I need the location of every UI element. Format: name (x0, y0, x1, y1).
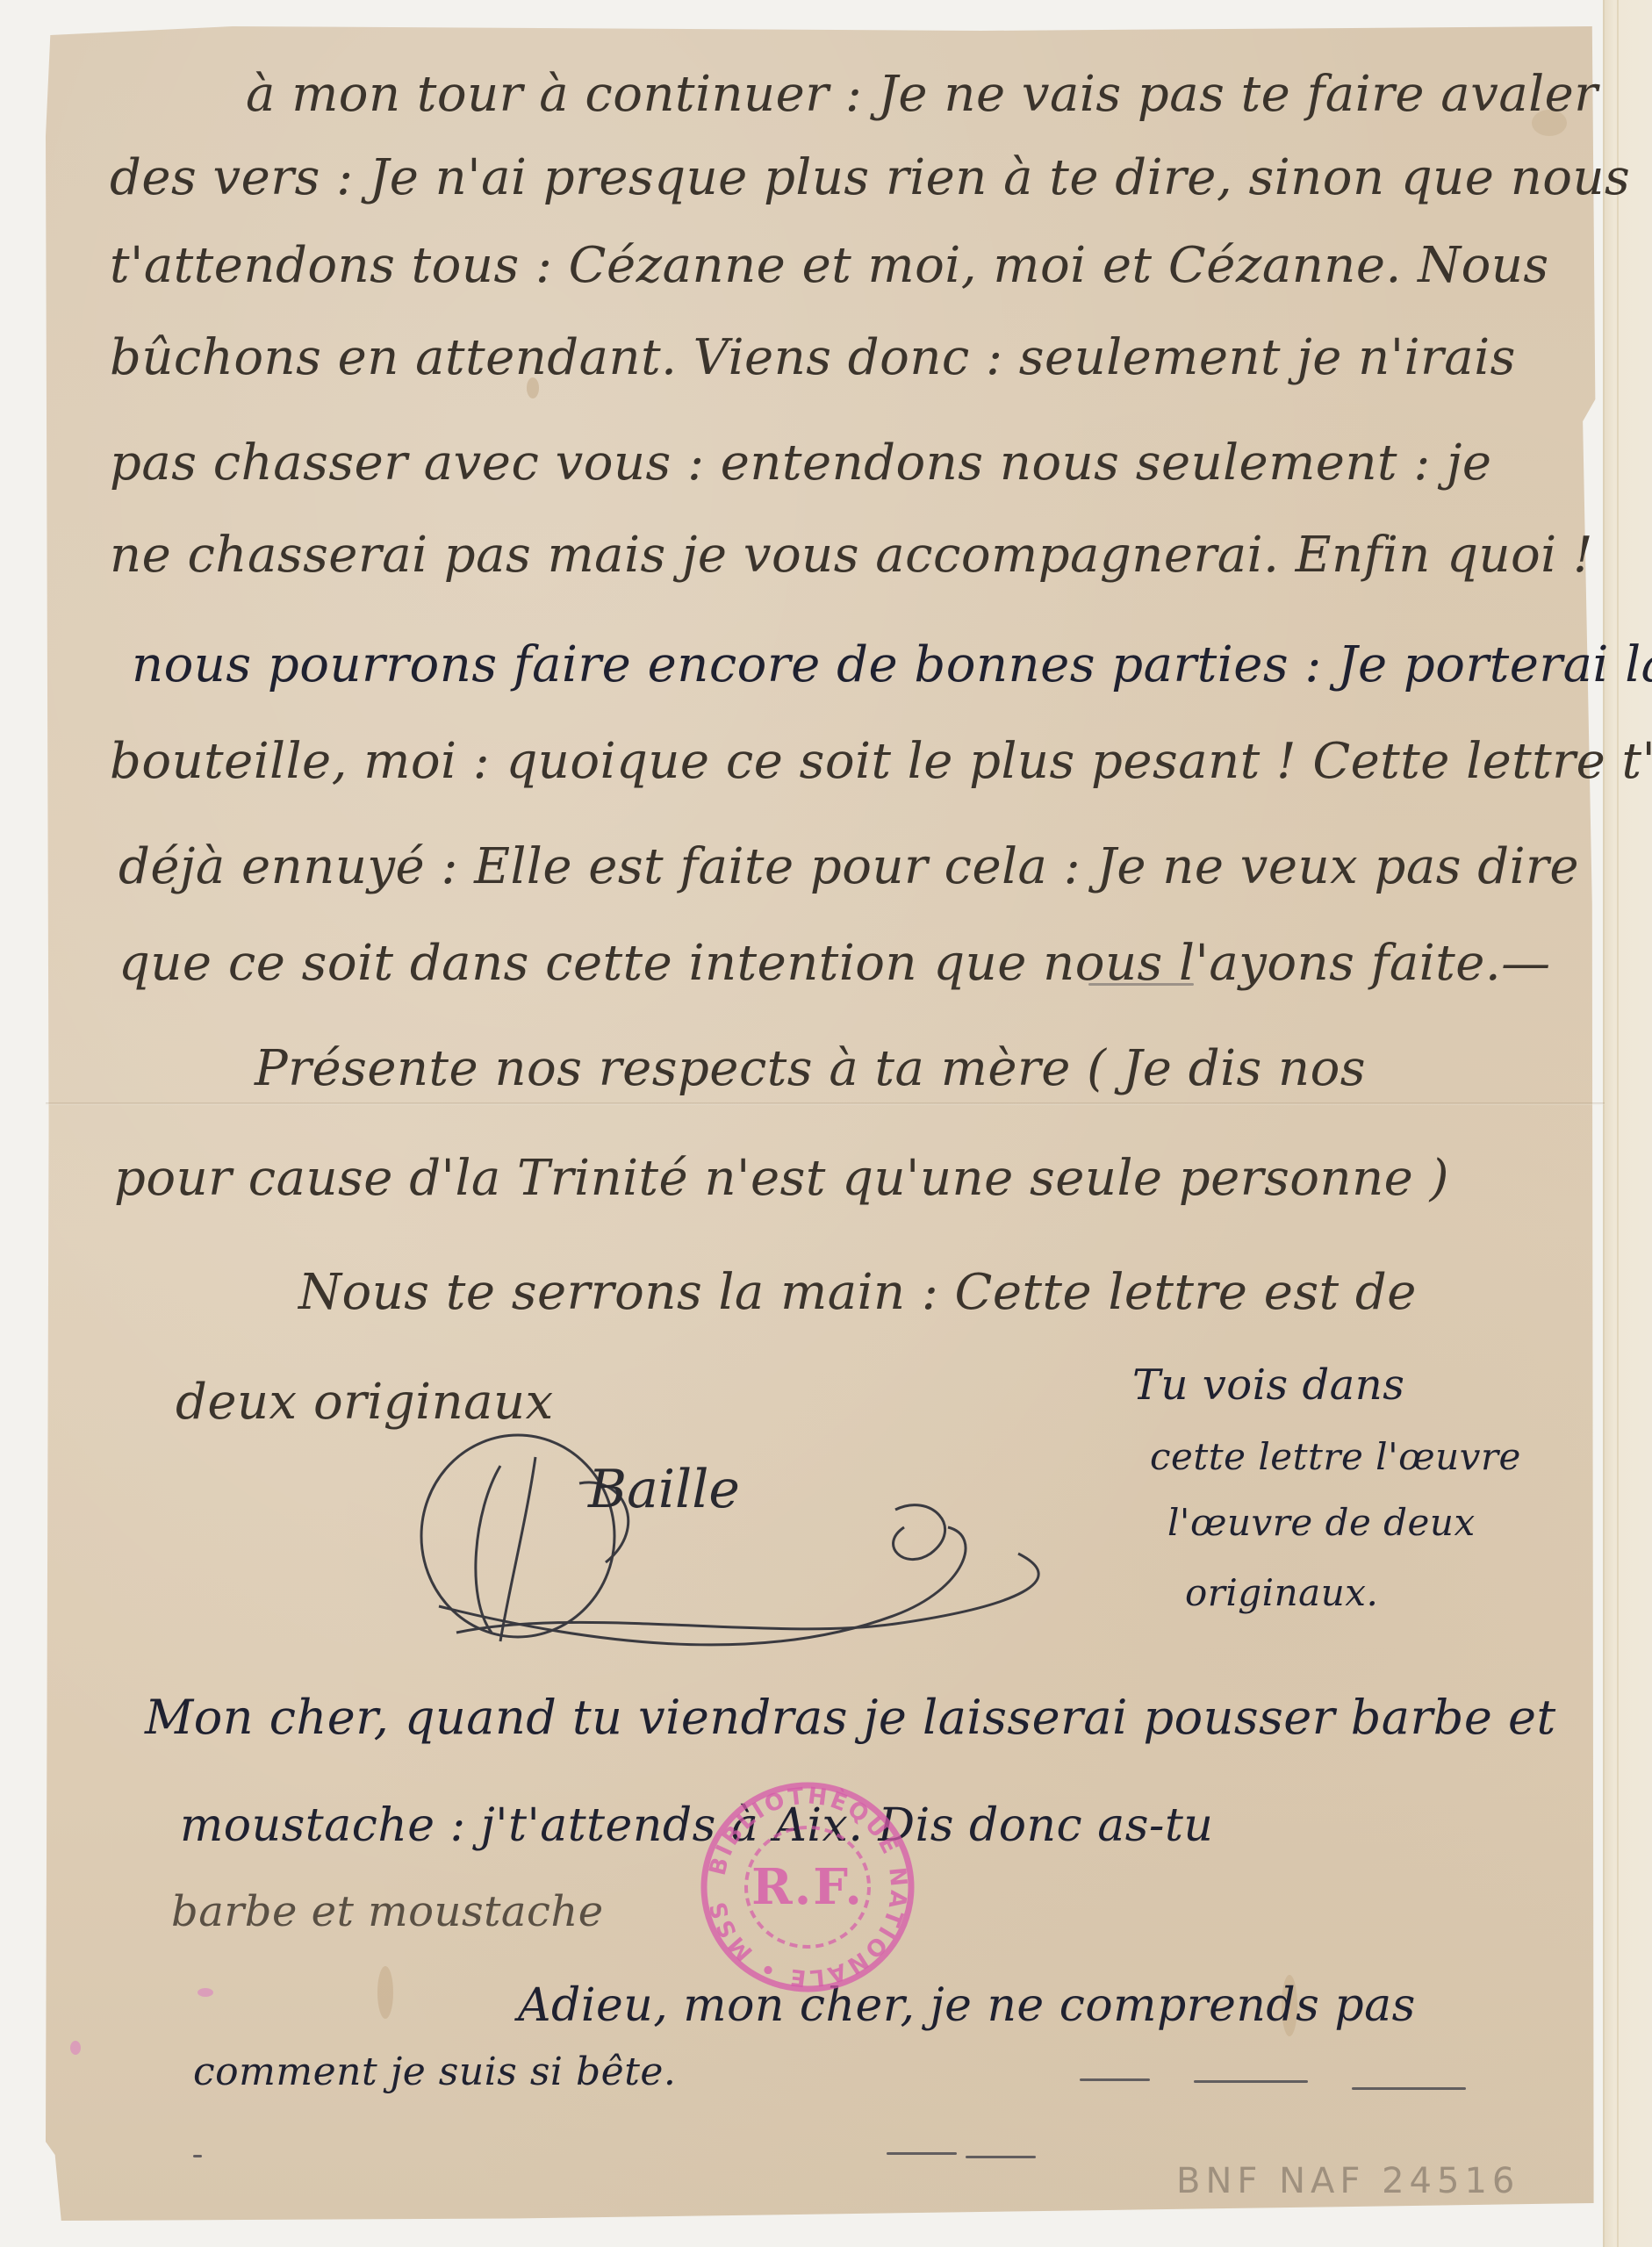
stamp-center-text: R.F. (693, 1858, 922, 1916)
body-line: bûchons en attendant. Viens donc : seule… (110, 329, 1516, 386)
library-stamp: BIBLIOTHÈQUE NATIONALE • MSS • R.F. (693, 1777, 922, 1997)
paper-fold (46, 1102, 1605, 1105)
body-line: pour cause d'la Trinité n'est qu'une seu… (114, 1150, 1449, 1207)
ink-dash (1194, 2080, 1308, 2083)
margin-note-line: cette lettre l'œuvre (1150, 1435, 1521, 1478)
signature-name: Baille (588, 1459, 740, 1520)
postscript-line: Adieu, mon cher, je ne comprends pas (518, 1979, 1416, 2032)
body-line: ne chasserai pas mais je vous accompagne… (110, 527, 1593, 584)
body-line: que ce soit dans cette intention que nou… (119, 935, 1551, 992)
body-line: bouteille, moi : quoique ce soit le plus… (110, 733, 1652, 790)
ink-dash (887, 2152, 957, 2155)
body-line: Présente nos respects à ta mère ( Je dis… (255, 1040, 1366, 1097)
margin-note-line: l'œuvre de deux (1167, 1501, 1476, 1544)
ink-dash (966, 2156, 1036, 2158)
stain (377, 1966, 393, 2019)
body-line: des vers : Je n'ai presque plus rien à t… (110, 149, 1630, 206)
ink-spot (70, 2041, 81, 2055)
ink-dash (1352, 2087, 1466, 2090)
body-line: pas chasser avec vous : entendons nous s… (110, 434, 1491, 492)
ink-dash (1088, 983, 1194, 986)
postscript-line: Mon cher, quand tu viendras je laisserai… (145, 1690, 1556, 1745)
margin-note-line: originaux. (1185, 1571, 1378, 1614)
margin-note-line: Tu vois dans (1132, 1360, 1404, 1410)
postscript-line: comment je suis si bête. (193, 2050, 676, 2094)
body-line: à mon tour à continuer : Je ne vais pas … (246, 66, 1598, 123)
ink-dash (193, 2155, 202, 2157)
mount-strip (1603, 0, 1652, 2247)
shelfmark: BNF NAF 24516 (1176, 2161, 1519, 2201)
ink-spot (198, 1988, 213, 1997)
body-line: Nous te serrons la main : Cette lettre e… (298, 1264, 1417, 1321)
body-line: déjà ennuyé : Elle est faite pour cela :… (119, 838, 1579, 895)
body-line: t'attendons tous : Cézanne et moi, moi e… (110, 237, 1549, 294)
signature-flourish-icon (404, 1404, 1071, 1659)
ink-dash (1080, 2078, 1150, 2081)
postscript-line: barbe et moustache (171, 1887, 604, 1936)
body-line: nous pourrons faire encore de bonnes par… (132, 636, 1652, 693)
signature: Baille (404, 1404, 1071, 1659)
